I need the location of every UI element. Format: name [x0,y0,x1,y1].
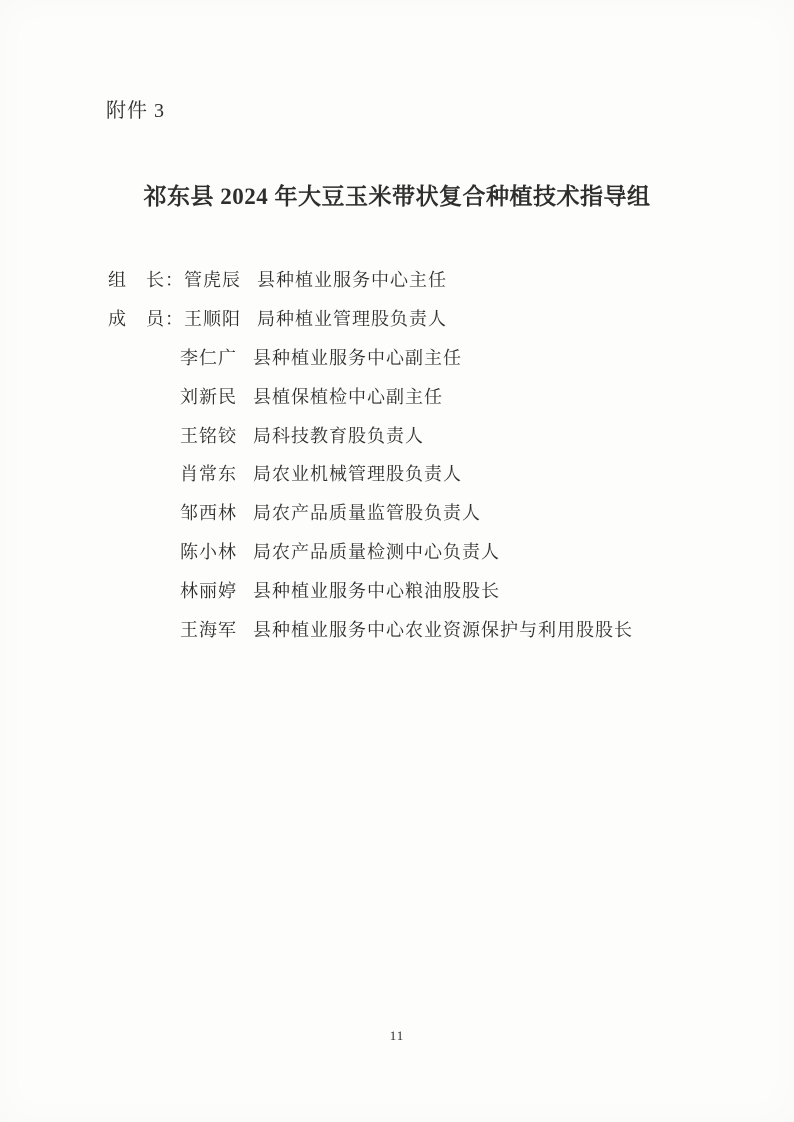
roster-row: 李仁广 县种植业服务中心副主任 [108,338,734,377]
member-name: 邹西林 [180,499,253,525]
member-title: 县种植业服务中心农业资源保护与利用股股长 [253,616,734,642]
member-name: 管虎辰 [184,266,257,292]
member-name: 李仁广 [180,344,253,370]
roster-row: 王铭铰 局科技教育股负责人 [108,415,734,454]
member-title: 县种植业服务中心主任 [257,266,734,292]
member-title: 局农业机械管理股负责人 [253,460,734,486]
roster-row: 成 员： 王顺阳 局种植业管理股负责人 [108,299,734,338]
member-name: 林丽婷 [180,577,253,603]
roster-list: 组 长： 管虎辰 县种植业服务中心主任 成 员： 王顺阳 局种植业管理股负责人 … [108,260,734,648]
attachment-label: 附件 3 [106,94,165,123]
roster-row: 林丽婷 县种植业服务中心粮油股股长 [108,570,734,609]
member-title: 局种植业管理股负责人 [257,305,734,331]
member-name: 王海军 [180,616,253,642]
roster-row: 刘新民 县植保植检中心副主任 [108,376,734,415]
roster-row: 王海军 县种植业服务中心农业资源保护与利用股股长 [108,609,734,648]
roster-row: 肖常东 局农业机械管理股负责人 [108,454,734,493]
roster-row: 组 长： 管虎辰 县种植业服务中心主任 [108,260,734,299]
member-name: 陈小林 [180,538,253,564]
member-name: 王铭铰 [180,422,253,448]
member-title: 局农产品质量监管股负责人 [253,499,734,525]
document-title: 祁东县 2024 年大豆玉米带状复合种植技术指导组 [0,178,794,211]
member-name: 王顺阳 [184,305,257,331]
member-title: 县种植业服务中心副主任 [253,344,734,370]
member-role: 成 员： [108,305,184,331]
member-title: 县植保植检中心副主任 [253,383,734,409]
roster-row: 陈小林 局农产品质量检测中心负责人 [108,532,734,571]
member-title: 局科技教育股负责人 [253,422,734,448]
document-page: 附件 3 祁东县 2024 年大豆玉米带状复合种植技术指导组 组 长： 管虎辰 … [0,0,794,1122]
member-title: 县种植业服务中心粮油股股长 [253,577,734,603]
roster-row: 邹西林 局农产品质量监管股负责人 [108,493,734,532]
member-title: 局农产品质量检测中心负责人 [253,538,734,564]
member-role: 组 长： [108,266,184,292]
page-number: 11 [0,1028,794,1044]
member-name: 刘新民 [180,383,253,409]
member-name: 肖常东 [180,460,253,486]
